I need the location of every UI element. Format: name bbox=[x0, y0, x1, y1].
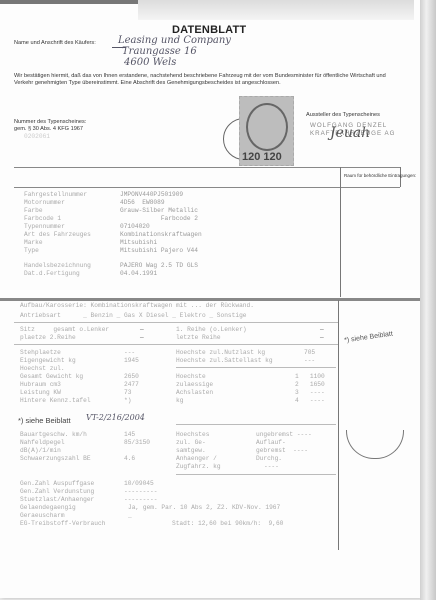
buyer-street: Traungasse 16 bbox=[122, 46, 197, 57]
spec-label: Gen.Zahl Auspuffgase bbox=[20, 480, 94, 487]
spec-label: dB(A)/1/min bbox=[20, 447, 61, 454]
trailer-value: Auflauf- bbox=[256, 439, 286, 446]
vehicle-label: Motornummer bbox=[24, 199, 65, 206]
vehicle-value: Mitsubishi Pajero V44 bbox=[120, 247, 198, 254]
seats-label: 1. Reihe (o.Lenker) bbox=[176, 326, 247, 333]
spec-label: Bauartgeschw. km/h bbox=[20, 431, 87, 438]
vehicle-label: Marke bbox=[24, 239, 43, 246]
vehicle-value: Mitsubishi bbox=[120, 239, 157, 246]
spec-label: Hoechste zul.Nutzlast kg bbox=[176, 349, 265, 356]
authority-box-label: Raum für behördliche Eintragungen: bbox=[344, 173, 416, 178]
vehicle-value: 07104020 bbox=[120, 223, 150, 230]
revenue-stamp-icon: 120 120 bbox=[239, 96, 294, 166]
vehicle-label: Type bbox=[24, 247, 39, 254]
spec-value: 705 bbox=[304, 349, 315, 356]
vehicle-label: Handelsbezeichnung bbox=[24, 262, 91, 269]
vehicle-value: PAJERO Wag 2.5 TD GLS bbox=[120, 262, 198, 269]
underlying-sheet bbox=[138, 0, 414, 20]
vehicle-value: JMPONV440PJ501909 bbox=[120, 191, 183, 198]
fuel-type-line: Antriebsart _ Benzin _ Gas X Diesel _ El… bbox=[20, 312, 247, 319]
table-header-rule bbox=[14, 187, 400, 188]
buyer-name: Leasing und Company bbox=[118, 35, 231, 46]
spec-value: Ja, gem. Par. 10 Abs 2, Z2. KDV-Nov. 196… bbox=[128, 504, 280, 511]
page-edge bbox=[420, 0, 436, 600]
spec-label: Leistung KW bbox=[20, 389, 61, 396]
axle-value: 1 1100 bbox=[295, 373, 325, 380]
vehicle-label: Fahrgestellnummer bbox=[24, 191, 87, 198]
spec-label: Geraeuscharm bbox=[20, 512, 65, 519]
seats-label: plaetze 2.Reihe bbox=[20, 334, 76, 341]
seats-label: letzte Reihe bbox=[176, 334, 221, 341]
buyer-city: 4600 Wels bbox=[124, 57, 176, 68]
trailer-label: Hoechstes bbox=[176, 431, 209, 438]
vehicle-value: Grauw-Silber Metallic bbox=[120, 207, 198, 214]
spec-value: 85/3150 bbox=[124, 439, 150, 446]
spec-label: Hintere Kennz.tafel bbox=[20, 397, 91, 404]
vehicle-value: 4D56 EW8089 bbox=[120, 199, 165, 206]
spec-label: Eigengewicht kg bbox=[20, 357, 76, 364]
spec-label: Gesamt Gewicht kg bbox=[20, 373, 83, 380]
spec-value: 1945 bbox=[124, 357, 139, 364]
spec-label: EG-Treibstoff-Verbrauch bbox=[20, 520, 105, 527]
spec-label: Nahfeldpegel bbox=[20, 439, 65, 446]
vehicle-value: 04.04.1991 bbox=[120, 270, 157, 277]
spec-label: Hoechst zul. bbox=[20, 365, 65, 372]
vehicle-value: Farbcode 2 bbox=[120, 215, 198, 222]
spec-value: Stadt: 12,60 bei 90km/h: 9,60 bbox=[172, 520, 283, 527]
vehicle-label: Art des Fahrzeuges bbox=[24, 231, 91, 238]
spec-label: Stuetzlast/Anhaenger bbox=[20, 496, 94, 503]
data-sheet-page: DATENBLATT Name und Anschrift des Käufer… bbox=[0, 0, 420, 598]
axle-label: zulaessige bbox=[176, 381, 213, 388]
axle-label: Hoechste bbox=[176, 373, 206, 380]
spec-label: Gen.Zahl Verdunstung bbox=[20, 488, 94, 495]
spec-value: 4.6 bbox=[124, 455, 135, 462]
authority-column-divider-lower bbox=[338, 300, 339, 550]
seats-value: — bbox=[320, 326, 324, 333]
supplement-reference: VT-2/216/2004 bbox=[86, 413, 145, 422]
spec-value: --- bbox=[124, 349, 135, 356]
spec-label: Gelaendegaengig bbox=[20, 504, 76, 511]
vehicle-value: Kombinationskraftwagen bbox=[120, 231, 202, 238]
table-top-rule bbox=[14, 167, 400, 168]
trailer-value: ungebremst ---- bbox=[256, 431, 312, 438]
spec-value: --------- bbox=[124, 496, 157, 503]
handwriting-underline bbox=[112, 47, 126, 48]
spec-value: 73 bbox=[124, 389, 131, 396]
axle-label: kg bbox=[176, 397, 183, 404]
seats-label: Sitz gesamt o.Lenker bbox=[20, 326, 109, 333]
trailer-label: Anhaenger / bbox=[176, 455, 217, 462]
fold-line bbox=[0, 298, 420, 301]
type-cert-law-ref: gem. § 30 Abs. 4 KFG 1967 bbox=[14, 126, 83, 132]
stamp-emblem-icon bbox=[246, 103, 288, 151]
trailer-label: zul. Ge- bbox=[176, 439, 206, 446]
buyer-label: Name und Anschrift des Käufers: bbox=[14, 40, 96, 46]
seats-value: — bbox=[320, 334, 324, 341]
confirmation-text: Wir bestätigen hiermit, daß das von Ihne… bbox=[14, 73, 406, 87]
axle-value: 2 1650 bbox=[295, 381, 325, 388]
see-supplement-note: *) siehe Beiblatt bbox=[18, 416, 71, 425]
trailer-label: samtgew. bbox=[176, 447, 206, 454]
seats-value: — bbox=[140, 334, 144, 341]
spec-label: Schwaerzungszahl BE bbox=[20, 455, 91, 462]
spec-value: 10/09045 bbox=[124, 480, 154, 487]
spec-label: Stehplaetze bbox=[20, 349, 61, 356]
vehicle-label: Farbcode 1 bbox=[24, 215, 61, 222]
rule bbox=[14, 344, 338, 345]
spec-label: Hubraum cm3 bbox=[20, 381, 61, 388]
spec-value: 145 bbox=[124, 431, 135, 438]
vehicle-label: Dat.d.Fertigung bbox=[24, 270, 80, 277]
axle-value: 3 ---- bbox=[295, 389, 325, 396]
spec-value: *) bbox=[124, 397, 131, 404]
axle-value: 4 ---- bbox=[295, 397, 325, 404]
axle-label: Achslasten bbox=[176, 389, 213, 396]
trailer-label: Zugfahrz. kg bbox=[176, 463, 221, 470]
rule bbox=[14, 322, 338, 323]
spec-label: Hoechste zul.Sattellast kg bbox=[176, 357, 273, 364]
spec-value: 2650 bbox=[124, 373, 139, 380]
see-supplement-stamp: *) siehe Beiblatt bbox=[344, 331, 394, 345]
trailer-value: ---- bbox=[264, 463, 279, 470]
stamp-value: 120 120 bbox=[242, 151, 282, 163]
office-stamp-icon bbox=[346, 430, 404, 459]
trailer-value: Durchg. bbox=[256, 455, 282, 462]
issuer-label: Aussteller des Typenscheines bbox=[306, 112, 380, 118]
rule bbox=[176, 367, 336, 368]
type-cert-number: 0202061 bbox=[24, 133, 50, 140]
spec-value: --- bbox=[304, 357, 315, 364]
spec-value: 2477 bbox=[124, 381, 139, 388]
type-cert-label: Nummer des Typenscheines: bbox=[14, 119, 86, 125]
rule bbox=[176, 424, 336, 425]
rule bbox=[176, 474, 336, 475]
spec-value: --------- bbox=[124, 488, 157, 495]
trailer-value: gebremst ---- bbox=[256, 447, 308, 454]
vehicle-label: Typennummer bbox=[24, 223, 65, 230]
authority-column-divider bbox=[340, 167, 341, 297]
spec-value: _ bbox=[128, 512, 132, 519]
body-type-line: Aufbau/Karosserie: Kombinationskraftwage… bbox=[20, 302, 254, 309]
seats-value: — bbox=[140, 326, 144, 333]
scan-edge-shadow bbox=[0, 0, 140, 4]
signature: Jeuah bbox=[330, 125, 370, 141]
vehicle-label: Farbe bbox=[24, 207, 43, 214]
